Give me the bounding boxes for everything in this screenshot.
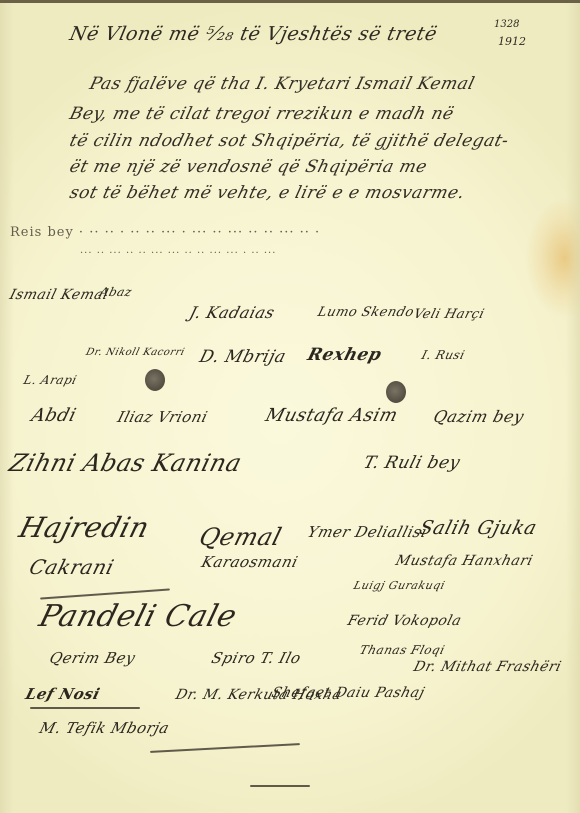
signature: Qerim Bey xyxy=(48,649,138,667)
flourish-line xyxy=(150,743,300,753)
signature: D. Mbrija xyxy=(197,347,288,367)
declaration-line: ët me një zë vendosnë që Shqipëria me xyxy=(68,157,430,177)
flourish-line xyxy=(250,785,310,787)
signature: Rexhep xyxy=(305,345,384,365)
signature: Iliaz Vrioni xyxy=(116,408,210,426)
signature: Shefqet Daiu Pashaj xyxy=(270,685,427,701)
signature: Veli Harçi xyxy=(412,307,486,322)
page-edge-left xyxy=(0,3,14,813)
signature: Thanas Floqi xyxy=(358,643,446,657)
declaration-line: sot të bëhet më vehte, e lirë e e mosvar… xyxy=(68,183,467,203)
signature: I. Rusi xyxy=(420,348,466,362)
page-edge-right xyxy=(566,3,580,813)
signature: Qazim bey xyxy=(431,407,526,426)
flourish-line xyxy=(40,588,170,599)
signature: Ismail Kemal xyxy=(8,287,111,303)
signature: Ferid Vokopola xyxy=(346,613,463,629)
signature: Luigj Gurakuqi xyxy=(352,579,446,592)
signature: Qemal xyxy=(196,523,285,551)
signature: Mustafa Hanxhari xyxy=(394,553,535,569)
flourish-line xyxy=(30,707,140,709)
signature: Hajredin xyxy=(16,511,154,544)
signature: T. Ruli bey xyxy=(361,453,462,473)
signature: J. Kadaias xyxy=(187,303,277,322)
declaration-line: Bey, me të cilat tregoi rrezikun e madh … xyxy=(68,104,457,124)
wax-seal xyxy=(386,381,406,403)
signature: Abaz xyxy=(98,285,134,299)
signature: Zihni Abas Kanina xyxy=(6,449,245,477)
signature: L. Arapi xyxy=(22,373,78,387)
signature: Lumo Skendo xyxy=(316,305,416,320)
wax-seal xyxy=(145,369,165,391)
signature: Lef Nosi xyxy=(24,685,102,703)
signature: Mustafa Asim xyxy=(263,405,400,426)
document-heading: Në Vlonë më ⁵⁄₂₈ të Vjeshtës së tretë xyxy=(68,23,440,45)
year-hijri: 1328 xyxy=(494,19,519,30)
document-page: Në Vlonë më ⁵⁄₂₈ të Vjeshtës së tretë 13… xyxy=(0,0,580,813)
ottoman-script-line: ··· ·· ··· ·· ·· ··· ··· ·· ·· ··· ··· ·… xyxy=(80,248,276,259)
signature: Dr. Mithat Frashëri xyxy=(412,659,563,675)
ottoman-script-line: Reis bey · ·· ·· · ·· ·· ··· · ··· ·· ··… xyxy=(10,225,320,240)
signature: Karaosmani xyxy=(200,553,300,571)
signature: Ymer Deliallisi xyxy=(306,523,430,541)
year-gregorian: 1912 xyxy=(498,35,526,48)
declaration-line: të cilin ndodhet sot Shqipëria, të gjith… xyxy=(68,131,511,151)
signature: Pandeli Cale xyxy=(35,599,240,634)
signature: Dr. Nikoll Kacorri xyxy=(85,347,186,358)
signature: Abdi xyxy=(29,405,78,426)
signature: M. Tefik Mborja xyxy=(38,719,172,737)
signature: Cakrani xyxy=(27,555,117,579)
signature: Salih Gjuka xyxy=(417,517,539,539)
signature: Spiro T. Ilo xyxy=(210,649,304,667)
declaration-line: Pas fjalëve që tha I. Kryetari Ismail Ke… xyxy=(88,74,477,94)
